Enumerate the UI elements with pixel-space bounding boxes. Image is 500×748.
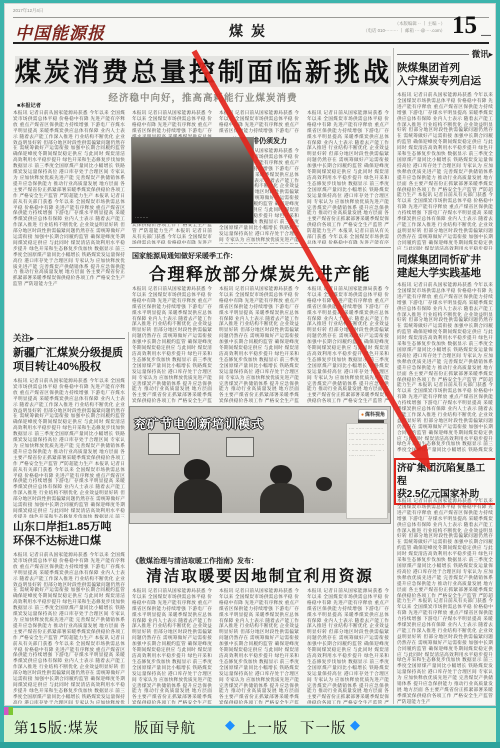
right-story2-headline: 同煤集团同忻矿井 建起大学实践基地 [397,254,493,280]
coal-photo: ········· [131,137,254,224]
lead-byline: ■本报记者 [17,102,41,109]
right-rail-label: 微讯▸ [472,48,493,60]
badge-circle-icon: ● [361,412,364,418]
monitor-shape-2 [226,437,254,457]
left-story1-headline-line1: 新疆广汇煤炭分级提质 [13,346,125,360]
left-story2-headline-line2: 环保不达标进口煤 [13,534,125,548]
prev-page-link[interactable]: 上一版 [242,717,289,738]
editor-info-line1: （本版编辑 ·· 丨 主编 ··） [305,21,445,27]
left-story2-body: 本报讯 记者日前从国家能源局获悉 今年以来 全国煤炭市场供需总体平稳 价格稳中有… [13,552,125,704]
left-rail-label-row: 关注▸ [13,332,125,344]
newspaper-page: 2017年12月4日 中国能源报 煤炭 （本版编辑 ·· 丨 主编 ··） （电… [4,3,496,706]
right-story1-headline-line1: 陕煤集团首列 [397,62,493,75]
right-rail-label-row: 微讯▸ [397,48,493,60]
current-page-label: 第15版:煤炭 [14,717,99,738]
right-story1-headline: 陕煤集团首列 入宁煤炭专列启运 [397,62,493,88]
coal-photo-caption: ········· [135,215,149,220]
prev-diamond-icon: ◆ [225,717,235,733]
left-story2-headline: 山东口岸拒1.85万吨 环保不达标进口煤 [13,520,125,548]
page-number: 15 [452,12,477,40]
right-story2-body: 本报讯 记者日前从国家能源局获悉 今年以来 全国煤炭市场供需总体平稳 价格稳中有… [397,282,493,452]
masthead-top-rule [13,17,489,18]
lead-body-col3-top: 本报讯 记者日前从国家能源局获悉 今年以来 全国煤炭市场供需总体平稳 价格稳中有… [219,110,299,134]
photo-caption-panel: ···· ······ ····· ······· ···· ······ ··… [346,423,388,519]
next-page-link[interactable]: 下一版 [300,717,347,738]
right-column-rule [393,48,394,704]
training-photo: 兖矿节电创新培训模式 ● 煤科视角 ···· ······ ····· ····… [129,406,391,524]
monitor-shape [148,433,180,455]
next-diamond-icon: ◆ [350,717,360,733]
right-rail-label-line [397,54,469,55]
left-story1-headline: 新疆广汇煤炭分级提质 项目转让40%股权 [13,346,125,374]
right-rail-arrow-icon: ▸ [489,49,493,59]
page-navigation-link[interactable]: 版面导航 [134,717,196,738]
badge-label: 煤科视角 [365,411,385,418]
lead-subtitle: 经济稳中向好，推高高耗能行业煤炭消费 [15,90,391,104]
bottom-body-col1: 本报讯 记者日前从国家能源局获悉 今年以来 全国煤炭市场供需总体平稳 价格稳中有… [132,588,212,704]
mid-headline: 合理释放部分煤炭先进产能 [129,260,391,285]
editor-info-line2: （电话 010-········ 丨 邮箱 ····@····.com） [305,28,445,34]
lead-headline-band: 煤炭消费总量控制面临新挑战 [15,56,391,87]
left-story1-headline-line2: 项目转让40%股权 [13,360,125,374]
viewer-frame: 2017年12月4日 中国能源报 煤炭 （本版编辑 ·· 丨 主编 ··） （电… [0,0,500,748]
person-silhouette-5 [316,477,332,491]
bottom-headline: 清洁取暖要因地制宜利用资源 [129,564,391,586]
person-silhouette-3 [270,465,292,485]
left-rail-arrow-icon: ▸ [30,333,34,343]
lead-headline: 煤炭消费总量控制面临新挑战 [15,57,391,87]
mid-body-col1: 本报讯 记者日前从国家能源局获悉 今年以来 全国煤炭市场供需总体平稳 价格稳中有… [132,286,212,404]
photo-overlay-title: 兖矿节电创新培训模式 [134,415,264,432]
lead-body-col1: 本报讯 记者日前从国家能源局获悉 今年以来 全国煤炭市场供需总体平稳 价格稳中有… [13,110,125,326]
left-story2-headline-line1: 山东口岸拒1.85万吨 [13,520,125,534]
right-story3-body: 本报讯 记者日前从国家能源局获悉 今年以来 全国煤炭市场供需总体平稳 价格稳中有… [397,498,493,704]
bottom-body-col3: 本报讯 记者日前从国家能源局获悉 今年以来 全国煤炭市场供需总体平稳 价格稳中有… [307,588,389,704]
left-story1-body: 本报讯 记者日前从国家能源局获悉 今年以来 全国煤炭市场供需总体平稳 价格稳中有… [13,378,125,518]
left-column-rule [128,332,129,704]
photo-badge: ● 煤科视角 [358,409,388,420]
left-rail-label-line [37,338,125,339]
photo-caption-text: ···· ······ ····· ······· ···· ······ ··… [349,426,385,458]
mid-body-col2: 本报讯 记者日前从国家能源局获悉 今年以来 全国煤炭市场供需总体平稳 价格稳中有… [219,286,299,404]
frame-bottom-strip [0,742,500,748]
mid-body-col3: 本报讯 记者日前从国家能源局获悉 今年以来 全国煤炭市场供需总体平稳 价格稳中有… [307,286,389,404]
right-story2-headline-line1: 同煤集团同忻矿井 [397,254,493,267]
lead-body-col4: 本报讯 记者日前从国家能源局获悉 今年以来 全国煤炭市场供需总体平稳 价格稳中有… [307,110,389,244]
bottom-nav-bar: 第15版:煤炭 版面导航 ◆ 上一版 下一版 ◆ [4,706,496,742]
person-silhouette [184,459,210,481]
right-story3-headline-line1: 济矿集团沉陷复垦工程 [397,462,494,488]
right-story1-body: 本报讯 记者日前从国家能源局获悉 今年以来 全国煤炭市场供需总体平稳 价格稳中有… [397,92,493,250]
masthead-bottom-rule [13,42,489,44]
corner-decoration [4,707,13,715]
left-rail-label: 关注▸ [13,332,34,344]
issue-date: 2017年12月4日 [13,8,133,14]
bottom-body-col2: 本报讯 记者日前从国家能源局获悉 今年以来 全国煤炭市场供需总体平稳 价格稳中有… [219,588,299,704]
page-number-dash: — [481,30,491,41]
right-story1-headline-line2: 入宁煤炭专列启运 [397,75,493,88]
mid-divider [129,247,391,248]
right-story2-headline-line2: 建起大学实践基地 [397,267,493,280]
